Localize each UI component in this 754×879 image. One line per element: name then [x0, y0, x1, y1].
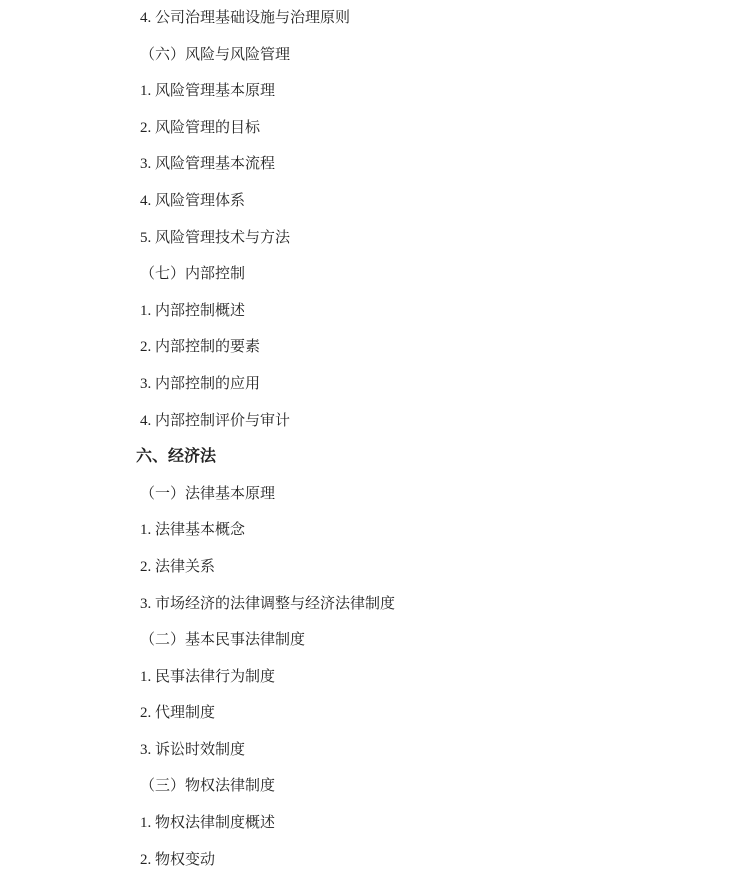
outline-line: （七）内部控制 [140, 256, 714, 293]
outline-line: 1. 风险管理基本原理 [140, 73, 714, 110]
outline-line: 3. 诉讼时效制度 [140, 732, 714, 769]
section-heading: 六、经济法 [136, 439, 714, 476]
outline-line: 1. 物权法律制度概述 [140, 805, 714, 842]
outline-line: 2. 风险管理的目标 [140, 110, 714, 147]
outline-line: （六）风险与风险管理 [140, 37, 714, 74]
outline-line: 4. 公司治理基础设施与治理原则 [140, 0, 714, 37]
outline-line: 2. 法律关系 [140, 549, 714, 586]
outline-line: （二）基本民事法律制度 [140, 622, 714, 659]
outline-line: 1. 法律基本概念 [140, 512, 714, 549]
outline-line: 2. 物权变动 [140, 842, 714, 879]
outline-line: 3. 市场经济的法律调整与经济法律制度 [140, 586, 714, 623]
outline-line: 3. 内部控制的应用 [140, 366, 714, 403]
outline-line: 1. 民事法律行为制度 [140, 659, 714, 696]
outline-line: 4. 风险管理体系 [140, 183, 714, 220]
document-page: 4. 公司治理基础设施与治理原则（六）风险与风险管理1. 风险管理基本原理2. … [0, 0, 754, 879]
outline-line: 4. 内部控制评价与审计 [140, 403, 714, 440]
outline-line: 1. 内部控制概述 [140, 293, 714, 330]
outline-line: （三）物权法律制度 [140, 768, 714, 805]
outline-line: 2. 代理制度 [140, 695, 714, 732]
outline-line: （一）法律基本原理 [140, 476, 714, 513]
outline-line: 3. 风险管理基本流程 [140, 146, 714, 183]
document-body: 4. 公司治理基础设施与治理原则（六）风险与风险管理1. 风险管理基本原理2. … [0, 0, 754, 878]
outline-line: 2. 内部控制的要素 [140, 329, 714, 366]
outline-line: 5. 风险管理技术与方法 [140, 220, 714, 257]
